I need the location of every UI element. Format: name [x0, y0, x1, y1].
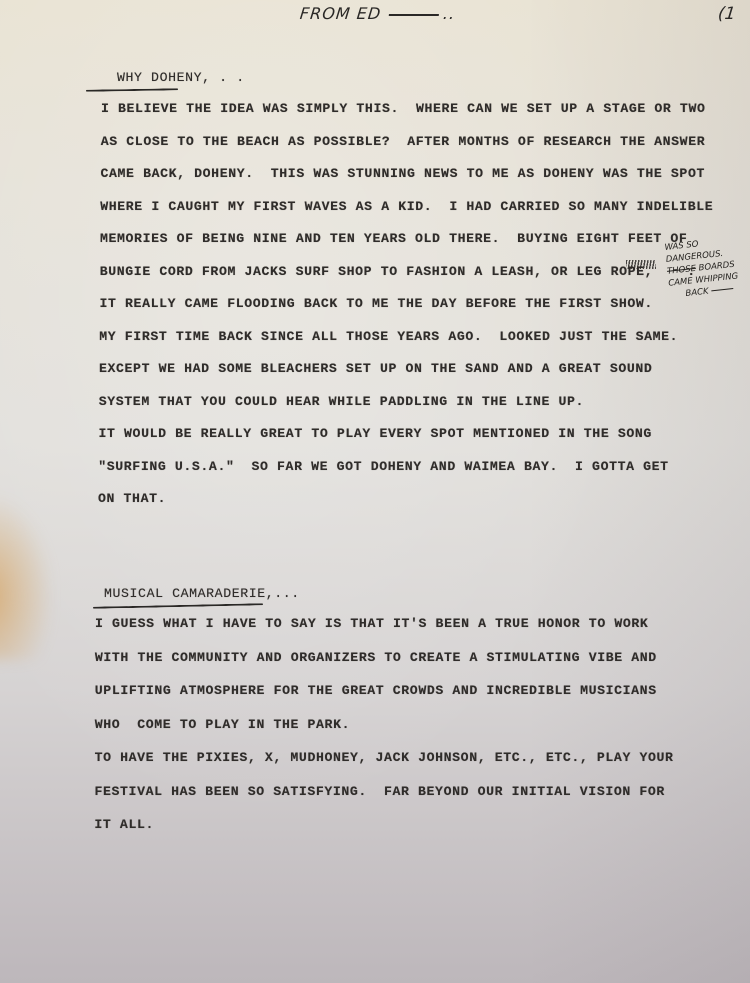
typed-line: AS CLOSE TO THE BEACH AS POSSIBLE? AFTER…	[101, 134, 705, 149]
typed-line: UPLIFTING ATMOSPHERE FOR THE GREAT CROWD…	[95, 683, 657, 698]
typed-line: WHERE I CAUGHT MY FIRST WAVES AS A KID. …	[100, 199, 713, 214]
typed-line: WITH THE COMMUNITY AND ORGANIZERS TO CRE…	[95, 650, 657, 665]
handwritten-margin-note: WAS SO DANGEROUS. THOSE BOARDS CAME WHIP…	[664, 233, 750, 302]
heading-underline	[86, 88, 178, 92]
arrow-line-icon	[389, 14, 439, 16]
typed-line: CAME BACK, DOHENY. THIS WAS STUNNING NEW…	[101, 166, 705, 181]
crossed-out-word	[626, 260, 656, 269]
page-number: (1	[717, 4, 737, 24]
typed-line: I BELIEVE THE IDEA WAS SIMPLY THIS. WHER…	[101, 101, 705, 116]
typed-line: IT REALLY CAME FLOODING BACK TO ME THE D…	[100, 296, 653, 311]
typed-line: MY FIRST TIME BACK SINCE ALL THOSE YEARS…	[99, 329, 678, 344]
typed-line: BUNGIE CORD FROM JACKS SURF SHOP TO FASH…	[100, 264, 696, 279]
heading-underline	[93, 603, 263, 609]
section-heading-musical-camaraderie: MUSICAL CAMARADERIE,...	[104, 586, 300, 601]
typed-line: IT ALL.	[94, 817, 154, 832]
typed-line: FESTIVAL HAS BEEN SO SATISFYING. FAR BEY…	[95, 784, 665, 799]
coffee-stain	[0, 500, 50, 660]
section-heading-why-doheny: WHY DOHENY, . .	[117, 70, 245, 85]
typed-line: TO HAVE THE PIXIES, X, MUDHONEY, JACK JO…	[95, 750, 674, 765]
typed-line: MEMORIES OF BEING NINE AND TEN YEARS OLD…	[100, 231, 687, 246]
typed-line: I GUESS WHAT I HAVE TO SAY IS THAT IT'S …	[95, 616, 648, 631]
handwritten-header: FROM ED..	[299, 4, 456, 23]
trail-dots: ..	[442, 4, 456, 23]
typed-line: SYSTEM THAT YOU COULD HEAR WHILE PADDLIN…	[99, 394, 584, 409]
typed-line: "SURFING U.S.A." SO FAR WE GOT DOHENY AN…	[98, 459, 668, 474]
typed-line: IT WOULD BE REALLY GREAT TO PLAY EVERY S…	[99, 426, 652, 441]
from-ed-text: FROM ED	[299, 4, 382, 23]
dash-line-icon	[711, 288, 733, 291]
typed-line: ON THAT.	[98, 491, 166, 506]
typed-line: EXCEPT WE HAD SOME BLEACHERS SET UP ON T…	[99, 361, 652, 376]
typed-line: WHO COME TO PLAY IN THE PARK.	[95, 717, 350, 732]
